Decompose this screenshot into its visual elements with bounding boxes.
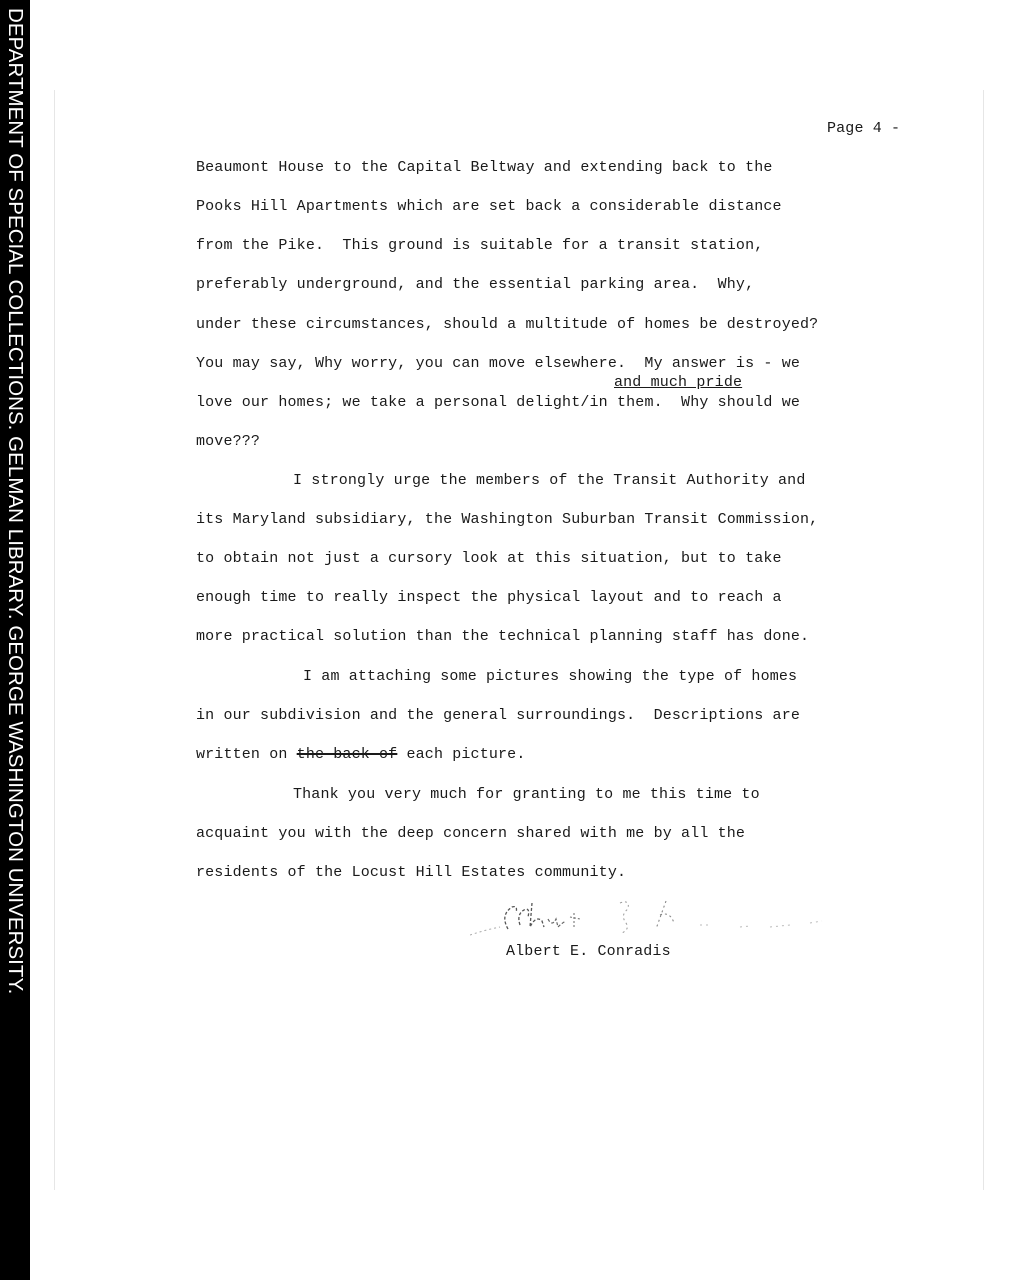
page-number: Page 4 - xyxy=(827,120,900,137)
text-line: residents of the Locust Hill Estates com… xyxy=(196,864,626,881)
text-line: You may say, Why worry, you can move els… xyxy=(196,355,800,372)
typed-signature-name: Albert E. Conradis xyxy=(506,943,671,960)
text-line: more practical solution than the technic… xyxy=(196,628,809,645)
text-line: I strongly urge the members of the Trans… xyxy=(293,472,805,489)
text-line: Pooks Hill Apartments which are set back… xyxy=(196,198,782,215)
text-line: written on the back of each picture. xyxy=(196,746,525,763)
text-segment: each picture. xyxy=(397,746,525,763)
text-line: its Maryland subsidiary, the Washington … xyxy=(196,511,818,528)
text-line: Beaumont House to the Capital Beltway an… xyxy=(196,159,773,176)
text-line: from the Pike. This ground is suitable f… xyxy=(196,237,763,254)
handwritten-signature xyxy=(470,895,830,940)
signature-scrawl-icon xyxy=(470,895,830,940)
text-line: love our homes; we take a personal delig… xyxy=(196,394,800,411)
text-line: enough time to really inspect the physic… xyxy=(196,589,782,606)
text-segment: written on xyxy=(196,746,297,763)
scan-edge-right xyxy=(983,90,984,1190)
struck-text: the back of xyxy=(297,746,398,763)
text-line: under these circumstances, should a mult… xyxy=(196,316,818,333)
text-line: in our subdivision and the general surro… xyxy=(196,707,800,724)
insertion-text: and much pride xyxy=(614,374,742,391)
text-segment: in them. Why should we xyxy=(590,394,800,411)
text-line: preferably underground, and the essentia… xyxy=(196,276,754,293)
insertion-mark: / xyxy=(580,394,589,411)
letter-page: Page 4 - Beaumont House to the Capital B… xyxy=(30,0,1017,1280)
interlinear-insertion: and much pride xyxy=(614,374,742,391)
text-line: acquaint you with the deep concern share… xyxy=(196,825,745,842)
text-segment: love our homes; we take a personal delig… xyxy=(196,394,580,411)
text-line: to obtain not just a cursory look at thi… xyxy=(196,550,782,567)
archive-attribution-text: DEPARTMENT OF SPECIAL COLLECTIONS. GELMA… xyxy=(3,8,27,994)
archive-side-banner: DEPARTMENT OF SPECIAL COLLECTIONS. GELMA… xyxy=(0,0,30,1280)
text-line: Thank you very much for granting to me t… xyxy=(293,786,760,803)
text-line: I am attaching some pictures showing the… xyxy=(303,668,797,685)
text-line: move??? xyxy=(196,433,260,450)
scan-edge-left xyxy=(54,90,55,1190)
